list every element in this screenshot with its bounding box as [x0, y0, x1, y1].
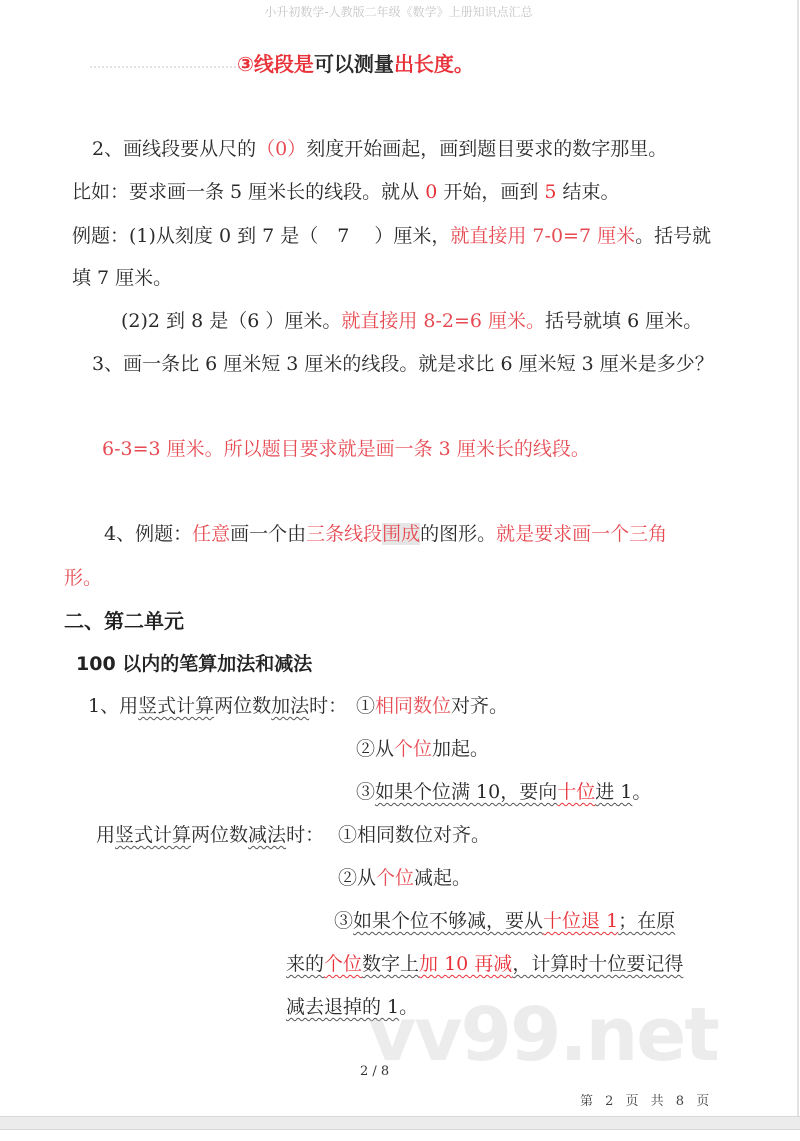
- example-end-five: 5: [544, 181, 556, 203]
- sub-l2-a: 来的: [286, 953, 324, 975]
- point3-red-2: 出长度。: [394, 52, 474, 76]
- add-s2-a: ②从: [356, 738, 394, 760]
- sub-lead-a: 用: [96, 824, 115, 846]
- document-page: 小升初数学-人教版二年级《数学》上册知识点汇总 ③线段是可以测量出长度。 2、画…: [0, 0, 799, 1116]
- add-s3-end: 。: [632, 781, 651, 803]
- sub-s2-ones: 个位: [376, 867, 414, 889]
- example-text-a: 比如：要求画一条 5 厘米长的线段。就从: [72, 181, 425, 203]
- addition-step-2: ②从个位加起。: [356, 737, 489, 761]
- item2-text-a: 2、画线段要从尺的: [92, 138, 256, 160]
- subtraction-step-1: ①相同数位对齐。: [338, 823, 490, 847]
- sub-l2-e: ，计算时十位要记得: [512, 953, 683, 975]
- example-line: 比如：要求画一条 5 厘米长的线段。就从 0 开始，画到 5 结束。: [72, 180, 620, 204]
- subtraction-step-3: ③如果个位不够减，要从十位退 1；在原: [334, 909, 675, 933]
- item4-enclose-highlight: 围成: [382, 523, 420, 545]
- sub-l3-end: 。: [399, 996, 418, 1018]
- page-footer: 第 2 页 共 8 页: [580, 1090, 713, 1109]
- add-vertical-calc: 竖式计算: [138, 695, 214, 717]
- subtraction-lead: 用竖式计算两位数减法时：: [96, 823, 324, 847]
- ex1-text-a: 例题：(1)从刻度 0 到 7 是（ 7 ）厘米，: [72, 225, 450, 247]
- ex1-text-c: 。括号就: [635, 225, 711, 247]
- item3-answer: 6-3=3 厘米。所以题目要求就是画一条 3 厘米长的线段。: [102, 437, 590, 461]
- sub-s3-text: 如果个位不够减，要从: [353, 910, 543, 932]
- ex2-text-a: (2)2 到 8 是（6 ）厘米。: [121, 310, 341, 332]
- add-s3-text: 如果个位满 10，要向: [375, 781, 557, 803]
- sub-s3-num: ③: [334, 910, 353, 932]
- example-text-c: 开始，画到: [437, 181, 544, 203]
- sub-lead-c: 两位数: [191, 824, 248, 846]
- item4-text-c: 画一个由: [230, 523, 306, 545]
- sub-s2-c: 减起。: [414, 867, 471, 889]
- sub-s2-a: ②从: [338, 867, 376, 889]
- section-title: 二、第二单元: [64, 609, 184, 633]
- subsection-title: 100 以内的笔算加法和减法: [76, 652, 312, 676]
- item4-text-a: 4、例题：: [104, 523, 192, 545]
- add-s2-c: 加起。: [432, 738, 489, 760]
- sub-subtraction-word: 减法: [248, 824, 286, 846]
- add-addition-word: 加法: [271, 695, 309, 717]
- sub-s3-borrow: 十位退 1: [543, 910, 618, 932]
- sub-l2-ones: 个位: [324, 953, 362, 975]
- item4-three-segments: 三条线段: [306, 523, 382, 545]
- add-s3-carry: 进 1: [595, 781, 632, 803]
- subtraction-step-3-line3: 减去退掉的 1。: [286, 995, 418, 1019]
- ex2-formula: 就直接用 8-2=6 厘米。: [341, 310, 545, 332]
- sub-s3-d: ；在原: [618, 910, 675, 932]
- point3-line: ③线段是可以测量出长度。: [237, 52, 474, 76]
- page-header: 小升初数学-人教版二年级《数学》上册知识点汇总: [0, 3, 797, 21]
- page-separator: [0, 1116, 800, 1130]
- add-lead-a: 1、用: [88, 695, 138, 717]
- sub-l2-c: 数字上: [362, 953, 419, 975]
- item4-arbitrary: 任意: [192, 523, 230, 545]
- sub-lead-e: 时：: [286, 824, 324, 846]
- addition-step-1: ①相同数位对齐。: [356, 694, 508, 718]
- item4-continuation: 形。: [64, 566, 102, 590]
- example-text-e: 结束。: [557, 181, 620, 203]
- add-s1-num: ①: [356, 695, 375, 717]
- subtraction-step-2: ②从个位减起。: [338, 866, 471, 890]
- ex1-continuation: 填 7 厘米。: [72, 266, 172, 290]
- sub-l3-a: 减去退掉的 1: [286, 996, 399, 1018]
- add-s2-ones: 个位: [394, 738, 432, 760]
- ex1-line: 例题：(1)从刻度 0 到 7 是（ 7 ）厘米，就直接用 7-0=7 厘米。括…: [72, 224, 711, 248]
- example-start-zero: 0: [425, 181, 437, 203]
- add-s1-same-place: 相同数位: [375, 695, 451, 717]
- add-lead-c: 两位数: [214, 695, 271, 717]
- sub-vertical-calc: 竖式计算: [115, 824, 191, 846]
- point3-red-1: ③线段是: [237, 52, 314, 76]
- add-lead-e: 时：: [309, 695, 347, 717]
- addition-lead: 1、用竖式计算两位数加法时：: [88, 694, 347, 718]
- item4-triangle-text: 就是要求画一个三角: [496, 523, 667, 545]
- page-indicator: 2 / 8: [360, 1064, 389, 1079]
- item2-text-c: 刻度开始画起，画到题目要求的数字那里。: [306, 138, 667, 160]
- add-s3-num: ③: [356, 781, 375, 803]
- item2-line: 2、画线段要从尺的（0）刻度开始画起，画到题目要求的数字那里。: [92, 137, 667, 161]
- item4-text-f: 的图形。: [420, 523, 496, 545]
- watermark: vv99.net: [368, 995, 718, 1075]
- add-s1-align: 对齐。: [451, 695, 508, 717]
- ex2-text-c: 括号就填 6 厘米。: [545, 310, 702, 332]
- dotted-leader: [90, 66, 240, 68]
- ex1-formula: 就直接用 7-0=7 厘米: [450, 225, 635, 247]
- add-s3-tens: 十位: [557, 781, 595, 803]
- item4-line: 4、例题：任意画一个由三条线段围成的图形。就是要求画一个三角: [104, 522, 667, 546]
- item3-line: 3、画一条比 6 厘米短 3 厘米的线段。就是求比 6 厘米短 3 厘米是多少？: [92, 352, 714, 376]
- item2-zero: （0）: [256, 138, 306, 160]
- subtraction-step-3-line2: 来的个位数字上加 10 再减，计算时十位要记得: [286, 952, 683, 976]
- addition-step-3: ③如果个位满 10，要向十位进 1。: [356, 780, 651, 804]
- ex2-line: (2)2 到 8 是（6 ）厘米。就直接用 8-2=6 厘米。括号就填 6 厘米…: [121, 309, 702, 333]
- sub-l2-add10: 加 10 再减: [419, 953, 512, 975]
- point3-black: 可以测量: [314, 52, 394, 76]
